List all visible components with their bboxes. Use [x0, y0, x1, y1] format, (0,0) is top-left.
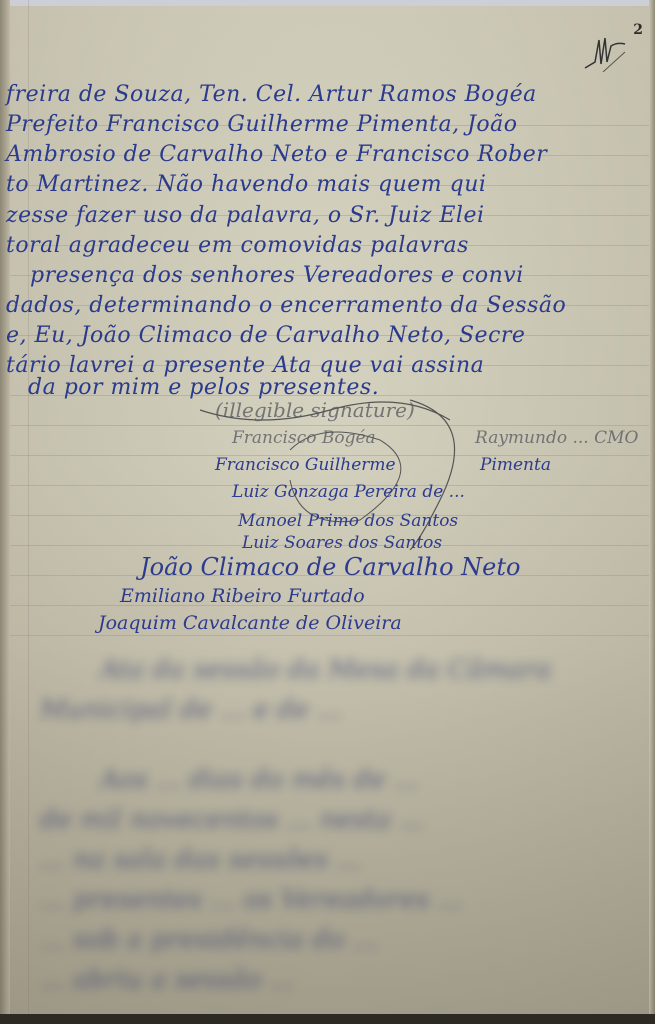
- blurred-line: de mil novecentos ... nesta ...: [40, 800, 630, 840]
- scan-top-edge: [0, 0, 655, 6]
- signature: João Climaco de Carvalho Neto: [140, 553, 520, 581]
- signature: Manoel Primo dos Santos: [238, 511, 458, 531]
- signature: Luiz Gonzaga Pereira de ...: [232, 482, 465, 502]
- body-line: presença dos senhores Vereadores e convi: [30, 263, 655, 288]
- signature: Francisco Guilherme: [215, 455, 396, 475]
- blurred-line: ... abriu a sessão ...: [40, 960, 630, 1000]
- blurred-line: ... sob a presidência do ...: [40, 920, 630, 960]
- body-line: Ambrosio de Carvalho Neto e Francisco Ro…: [6, 142, 655, 167]
- body-line: freira de Souza, Ten. Cel. Artur Ramos B…: [6, 82, 655, 107]
- page-number: 2: [633, 22, 643, 38]
- signature: (illegible signature): [215, 398, 415, 422]
- signature: Joaquim Cavalcante de Oliveira: [98, 612, 402, 634]
- rubric-initials-icon: [581, 32, 627, 72]
- blurred-line: ... na sala das sessões ...: [40, 840, 630, 880]
- signature: Emiliano Ribeiro Furtado: [120, 585, 365, 607]
- body-line: to Martinez. Não havendo mais quem qui: [6, 172, 655, 197]
- signature: Pimenta: [480, 455, 551, 475]
- body-line: Prefeito Francisco Guilherme Pimenta, Jo…: [6, 112, 655, 137]
- body-line: e, Eu, João Climaco de Carvalho Neto, Se…: [6, 323, 655, 348]
- blurred-line: Municipal de ... e de ...: [40, 690, 630, 730]
- blurred-line: ... presentes ... os Vereadores ...: [40, 880, 630, 920]
- body-line: zesse fazer uso da palavra, o Sr. Juiz E…: [6, 203, 655, 228]
- signature: Luiz Soares dos Santos: [242, 533, 442, 553]
- blurred-line: Aos ... dias do mês de ...: [40, 760, 630, 800]
- signature: Francisco Bogéa: [232, 428, 376, 448]
- body-line: toral agradeceu em comovidas palavras: [6, 233, 655, 258]
- signature: Raymundo ... CMO: [475, 428, 638, 448]
- body-line: dados, determinando o encerramento da Se…: [6, 293, 655, 318]
- blurred-line: Ata da sessão da Mesa da Câmara: [40, 650, 630, 690]
- document-page: 2 freira de Souza, Ten. Cel. Artur Ramos…: [0, 0, 655, 1024]
- blurred-text-section: Ata da sessão da Mesa da Câmara Municipa…: [40, 650, 630, 980]
- scan-bottom-edge: [0, 1014, 655, 1024]
